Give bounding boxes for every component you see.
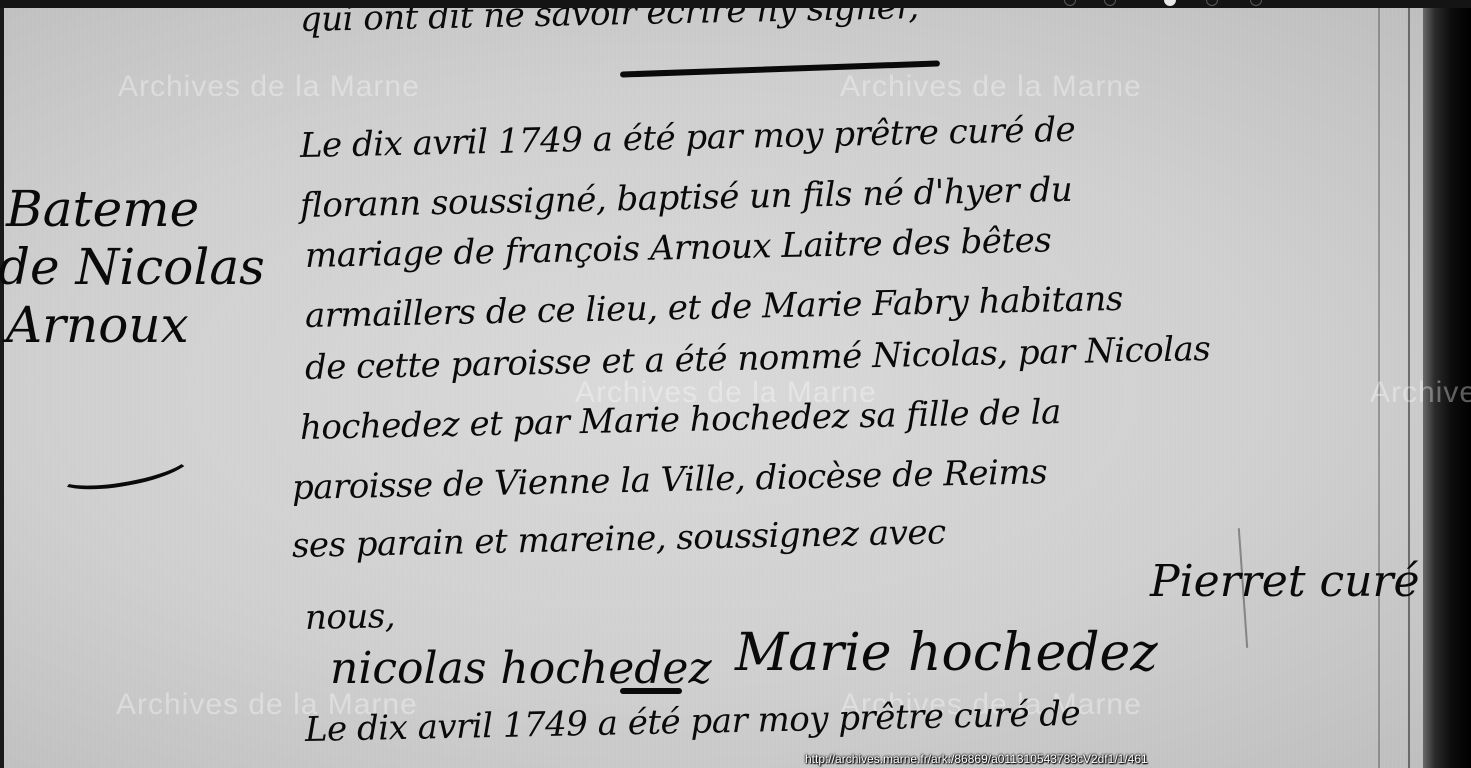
godfather-signature: nicolas hochedez [330,643,712,694]
document-image-viewer[interactable]: Archives de la Marne Archives de la Marn… [0,8,1471,768]
page-fold-line [1408,8,1410,768]
record-line: hochedez et par Marie hochedez sa fille … [300,392,1062,448]
margin-note-line: Arnoux [6,296,265,354]
pager-dot-3-active[interactable] [1164,0,1176,6]
source-url-overlay[interactable]: http://archives.marne.fr/ark:/86869/a011… [805,750,1148,768]
page-left-edge [0,8,4,768]
pager-dot-4[interactable] [1206,0,1218,6]
record-line: florann soussigné, baptisé un fils né d'… [300,170,1073,226]
watermark: Archives de la Marne [840,70,1142,104]
record-line: ses parain et mareine, soussignez avec [292,512,946,566]
record-line: armaillers de ce lieu, et de Marie Fabry… [305,279,1124,336]
next-entry-line: Le dix avril 1749 a été par moy prêtre c… [305,694,1081,750]
pager-dot-1[interactable] [1064,0,1076,6]
viewer-top-bar [0,0,1471,8]
priest-signature: Pierret curé [1150,556,1420,607]
page-fold-line [1378,8,1380,768]
separator-stroke [620,60,940,77]
page-binding-gutter [1423,8,1471,768]
signature-underline [620,688,682,694]
watermark: Archives de la Marne [118,70,420,104]
record-line: paroisse de Vienne la Ville, diocèse de … [292,452,1048,508]
record-line: qui ont dit ne savoir écrire ny signer, [300,8,919,40]
margin-flourish [53,436,196,497]
record-line: mariage de françois Arnoux Laitre des bê… [305,220,1052,276]
godmother-signature: Marie hochedez [735,623,1158,683]
page-pager [0,0,1471,8]
pager-dot-2[interactable] [1104,0,1116,6]
pager-dot-5[interactable] [1250,0,1262,6]
record-line: Le dix avril 1749 a été par moy prêtre c… [300,110,1076,166]
margin-note: Bateme de Nicolas Arnoux [6,180,265,354]
record-line: de cette paroisse et a été nommé Nicolas… [305,329,1211,388]
margin-note-line: de Nicolas [0,238,265,296]
margin-note-line: Bateme [6,180,265,238]
record-line: nous, [305,596,396,638]
